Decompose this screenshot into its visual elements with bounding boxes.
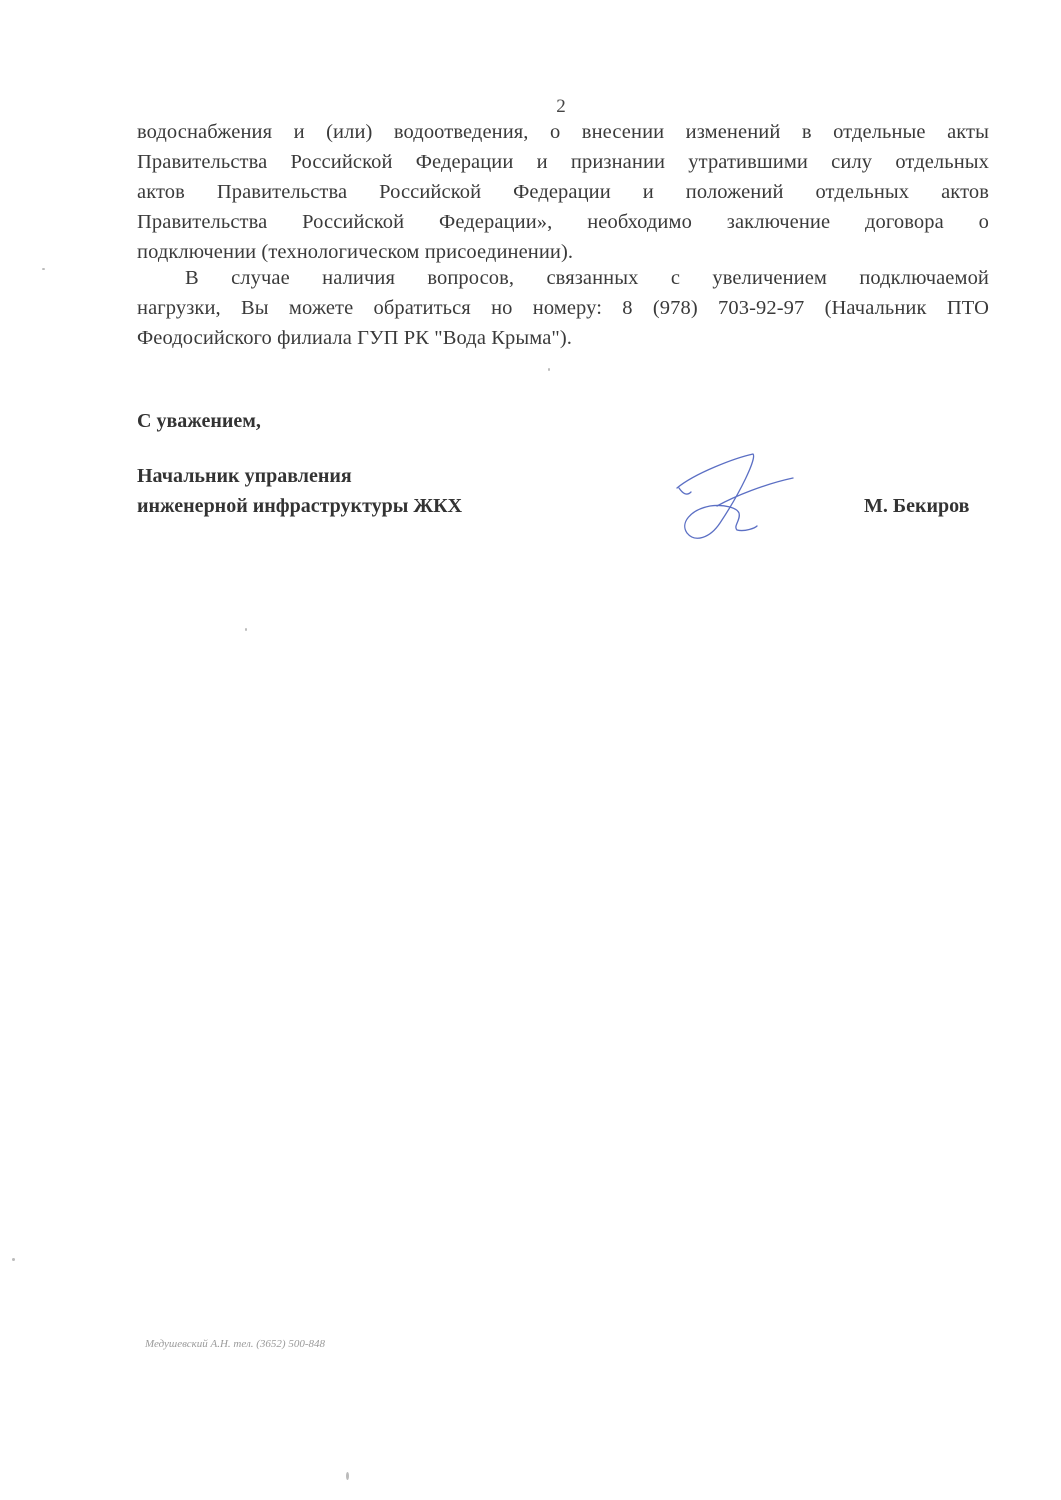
paragraph-line: Феодосийского филиала ГУП РК "Вода Крыма… [137, 323, 989, 353]
closing-greeting: С уважением, [137, 406, 261, 436]
scan-speck [245, 628, 247, 631]
paragraph-line: В случае наличия вопросов, связанных с у… [137, 263, 989, 293]
scan-speck [42, 268, 45, 270]
body-paragraph-2: В случае наличия вопросов, связанных с у… [137, 263, 989, 353]
page-number: 2 [0, 96, 1061, 118]
position-line: инженерной инфраструктуры ЖКХ [137, 491, 462, 521]
handwritten-signature-icon [665, 448, 795, 548]
paragraph-line: нагрузки, Вы можете обратиться но номеру… [137, 293, 989, 323]
scan-speck [548, 368, 550, 371]
paragraph-line: водоснабжения и (или) водоотведения, о в… [137, 117, 989, 147]
position-line: Начальник управления [137, 461, 462, 491]
scan-speck [12, 1258, 15, 1261]
paragraph-line: актов Правительства Российской Федерации… [137, 177, 989, 207]
signer-name: М. Бекиров [864, 491, 969, 521]
scan-speck [346, 1472, 349, 1480]
body-paragraph-1: водоснабжения и (или) водоотведения, о в… [137, 117, 989, 267]
paragraph-line: Правительства Российской Федерации», нео… [137, 207, 989, 237]
executor-contact: Медушевский А.Н. тел. (3652) 500-848 [145, 1338, 325, 1350]
signer-position: Начальник управления инженерной инфрастр… [137, 461, 462, 521]
paragraph-line: Правительства Российской Федерации и при… [137, 147, 989, 177]
